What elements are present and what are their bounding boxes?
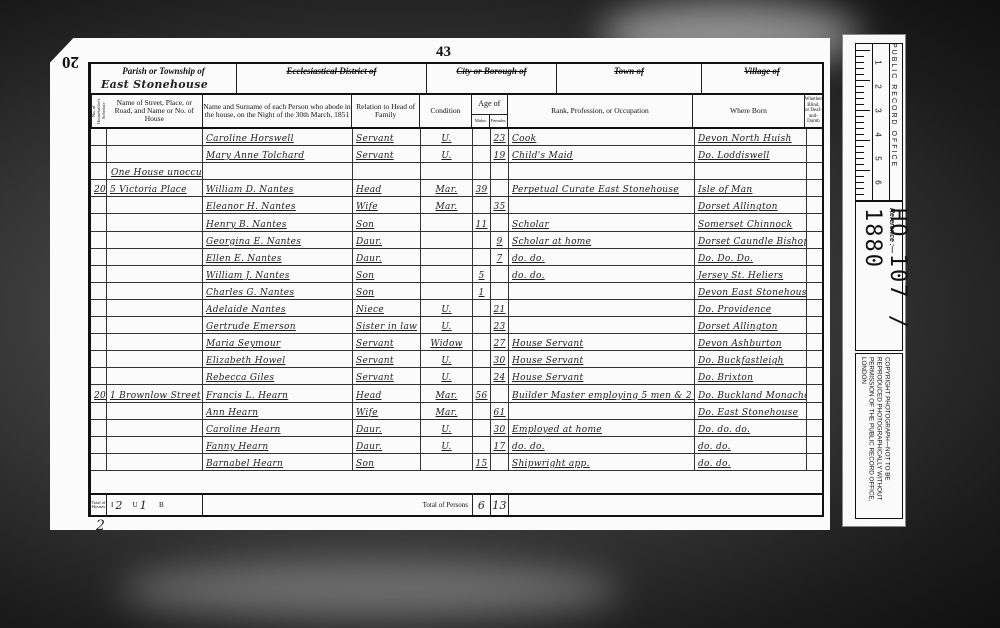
- where-born-cell: Do. do. do.: [695, 420, 807, 436]
- name-cell-text: Gertrude Emerson: [206, 322, 296, 332]
- female-age-cell: [491, 163, 509, 179]
- occupation-cell-text: Shipwright app.: [512, 459, 590, 469]
- occupation-cell: [509, 197, 695, 213]
- relation-cell: Wife: [353, 403, 421, 419]
- name-cell: [203, 163, 353, 179]
- male-age-cell: 1: [473, 283, 491, 299]
- ruler-number: 1: [874, 60, 883, 64]
- occupation-cell-text: House Servant: [512, 373, 583, 383]
- female-age-cell: 21: [491, 300, 509, 316]
- where-born-cell-text: Devon North Huish: [698, 134, 792, 144]
- female-age-cell: 27: [491, 334, 509, 350]
- table-row: Fanny HearnDaur.U.17do. do.do. do.: [91, 437, 822, 454]
- female-age-cell: 35: [491, 197, 509, 213]
- occupation-cell-text: Perpetual Curate East Stonehouse: [512, 185, 679, 195]
- schedule-cell: [91, 454, 107, 470]
- census-form: Parish or Township of East Stonehouse Ec…: [88, 62, 824, 517]
- male-age-cell: [473, 249, 491, 265]
- schedule-cell: 202: [91, 385, 107, 401]
- where-born-cell-text: Dorset Caundle Bishop: [698, 237, 807, 247]
- total-females: 13: [491, 495, 509, 515]
- col-condition: Condition: [420, 95, 472, 127]
- address-cell: [107, 214, 203, 230]
- condition-cell: U.: [421, 437, 473, 453]
- male-age-cell: [473, 437, 491, 453]
- occupation-cell: Perpetual Curate East Stonehouse: [509, 180, 695, 196]
- female-age-cell-text: 17: [493, 442, 505, 452]
- ruler-number: 3: [874, 108, 883, 112]
- district-header: Parish or Township of East Stonehouse Ec…: [91, 64, 822, 95]
- where-born-cell-text: Do. Brixton: [698, 373, 753, 383]
- occupation-cell: [509, 300, 695, 316]
- where-born-cell-text: Do. Buckfastleigh: [698, 356, 784, 366]
- female-age-cell-text: 23: [493, 322, 505, 332]
- address-cell: 5 Victoria Place: [107, 180, 203, 196]
- condition-cell: U.: [421, 300, 473, 316]
- table-row: Ann HearnWifeMar.61Do. East Stonehouse: [91, 403, 822, 420]
- relation-cell-text: Servant: [356, 151, 394, 161]
- schedule-cell: [91, 334, 107, 350]
- occupation-cell: Builder Master employing 5 men & 2 app.: [509, 385, 695, 401]
- ruler-number: 5: [874, 156, 883, 160]
- reference-strip: 123456 PUBLIC RECORD OFFICE HO 107 / 188…: [842, 34, 906, 527]
- condition-cell-text: Mar.: [436, 408, 458, 418]
- col-blind-deaf: Whether Blind, or Deaf-and-Dumb: [805, 95, 822, 127]
- where-born-cell: Devon North Huish: [695, 129, 807, 145]
- condition-cell: [421, 163, 473, 179]
- town-cell: Town of: [557, 64, 702, 93]
- blind-deaf-cell: [807, 385, 822, 401]
- schedule-cell: [91, 403, 107, 419]
- blind-deaf-cell: [807, 283, 822, 299]
- name-cell-text: Elizabeth Howel: [206, 356, 285, 366]
- name-cell-text: Fanny Hearn: [206, 442, 268, 452]
- relation-cell-text: Son: [356, 271, 374, 281]
- condition-cell-text: Widow: [430, 339, 462, 349]
- where-born-cell-text: do. do.: [698, 459, 731, 469]
- relation-cell: Niece: [353, 300, 421, 316]
- totals-row: Total of Houses I 2 U 1 B Total of Perso…: [91, 493, 822, 515]
- ecclesiastical-cell: Ecclesiastical District of: [237, 64, 427, 93]
- name-cell-text: Adelaide Nantes: [206, 305, 286, 315]
- schedule-cell: [91, 232, 107, 248]
- relation-cell-text: Head: [356, 185, 382, 195]
- blind-deaf-cell: [807, 232, 822, 248]
- address-cell: [107, 249, 203, 265]
- relation-cell: Wife: [353, 197, 421, 213]
- relation-cell: Daur.: [353, 249, 421, 265]
- name-cell-text: Georgina E. Nantes: [206, 237, 301, 247]
- total-houses-label: Total of Houses: [91, 495, 107, 515]
- name-cell: Georgina E. Nantes: [203, 232, 353, 248]
- column-headers: No. of Householder's Schedule Name of St…: [91, 95, 822, 129]
- female-age-cell-text: 24: [493, 373, 505, 383]
- schedule-cell: [91, 266, 107, 282]
- table-row: William J. NantesSon5do. do.Jersey St. H…: [91, 266, 822, 283]
- occupation-cell: [509, 403, 695, 419]
- condition-cell-text: U.: [441, 305, 451, 315]
- relation-cell-text: Son: [356, 459, 374, 469]
- relation-cell-text: Daur.: [356, 442, 382, 452]
- occupation-cell-text: Scholar at home: [512, 237, 591, 247]
- relation-cell: Son: [353, 454, 421, 470]
- female-age-cell: 23: [491, 317, 509, 333]
- inhabited-count: 2: [115, 499, 122, 512]
- col-age: Age of Males Females: [472, 95, 508, 127]
- age-of-label: Age of: [472, 95, 507, 115]
- where-born-cell: [695, 163, 807, 179]
- village-cell: Village of: [702, 64, 822, 93]
- schedule-cell: [91, 146, 107, 162]
- male-age-cell-text: 1: [478, 288, 484, 298]
- female-age-cell: 7: [491, 249, 509, 265]
- village-label: Village of: [744, 66, 780, 76]
- condition-cell: [421, 232, 473, 248]
- table-row: Mary Anne TolchardServantU.19Child's Mai…: [91, 146, 822, 163]
- condition-cell: U.: [421, 368, 473, 384]
- female-age-cell-text: 23: [493, 134, 505, 144]
- name-cell: Rebecca Giles: [203, 368, 353, 384]
- name-cell: Charles G. Nantes: [203, 283, 353, 299]
- blind-deaf-cell: [807, 334, 822, 350]
- male-age-cell: 15: [473, 454, 491, 470]
- table-row: Ellen E. NantesDaur.7do. do.Do. Do. Do.: [91, 249, 822, 266]
- name-cell-text: Caroline Horswell: [206, 134, 294, 144]
- condition-cell: U.: [421, 146, 473, 162]
- female-age-cell-text: 27: [493, 339, 505, 349]
- address-cell: [107, 420, 203, 436]
- relation-cell: Son: [353, 214, 421, 230]
- name-cell-text: Francis L. Hearn: [206, 391, 288, 401]
- where-born-cell-text: Somerset Chinnock: [698, 220, 792, 230]
- condition-cell: Mar.: [421, 403, 473, 419]
- occupation-cell-text: Child's Maid: [512, 151, 573, 161]
- female-age-cell-text: 30: [493, 425, 505, 435]
- relation-cell-text: Sister in law: [356, 322, 417, 332]
- blind-deaf-cell: [807, 420, 822, 436]
- address-cell: [107, 300, 203, 316]
- blind-deaf-cell: [807, 368, 822, 384]
- name-cell-text: Henry B. Nantes: [206, 220, 287, 230]
- parish-label: Parish or Township of: [122, 66, 204, 76]
- where-born-cell-text: Devon East Stonehouse: [698, 288, 807, 298]
- table-row: 2015 Victoria PlaceWilliam D. NantesHead…: [91, 180, 822, 197]
- address-cell: [107, 197, 203, 213]
- where-born-cell: Devon Ashburton: [695, 334, 807, 350]
- male-age-cell: [473, 420, 491, 436]
- name-cell: Mary Anne Tolchard: [203, 146, 353, 162]
- where-born-cell-text: Devon Ashburton: [698, 339, 782, 349]
- copyright-notice: COPYRIGHT PHOTOGRAPH—NOT TO BE REPRODUCE…: [855, 353, 903, 519]
- occupation-cell: [509, 283, 695, 299]
- occupation-cell: do. do.: [509, 249, 695, 265]
- occupation-cell: Scholar: [509, 214, 695, 230]
- address-cell: [107, 454, 203, 470]
- condition-cell-text: Mar.: [436, 202, 458, 212]
- where-born-cell: Isle of Man: [695, 180, 807, 196]
- schedule-cell: [91, 317, 107, 333]
- total-persons-label: Total of Persons: [203, 495, 473, 515]
- condition-cell-text: U.: [441, 356, 451, 366]
- male-age-cell-text: 5: [478, 271, 484, 281]
- totals-blank: [509, 495, 822, 515]
- where-born-cell: Jersey St. Heliers: [695, 266, 807, 282]
- blind-deaf-cell: [807, 317, 822, 333]
- where-born-cell-text: Do. Loddiswell: [698, 151, 770, 161]
- name-cell: Caroline Hearn: [203, 420, 353, 436]
- female-age-cell: 23: [491, 129, 509, 145]
- female-age-cell: [491, 283, 509, 299]
- name-cell: Fanny Hearn: [203, 437, 353, 453]
- table-row: Adelaide NantesNieceU.21Do. Providence: [91, 300, 822, 317]
- relation-cell: Head: [353, 180, 421, 196]
- name-cell-text: Caroline Hearn: [206, 425, 281, 435]
- female-age-cell-text: 9: [496, 237, 502, 247]
- ruler-number: 2: [874, 84, 883, 88]
- table-row: Gertrude EmersonSister in lawU.23Dorset …: [91, 317, 822, 334]
- where-born-cell-text: Do. East Stonehouse: [698, 408, 798, 418]
- occupation-cell: House Servant: [509, 351, 695, 367]
- ruler-number: 4: [874, 132, 883, 136]
- male-age-cell: [473, 334, 491, 350]
- city-cell: City or Borough of: [427, 64, 557, 93]
- blind-deaf-cell: [807, 163, 822, 179]
- table-row: Elizabeth HowelServantU.30House ServantD…: [91, 351, 822, 368]
- relation-cell: Daur.: [353, 437, 421, 453]
- male-age-cell: [473, 232, 491, 248]
- where-born-cell: Do. Buckland Monachorum: [695, 385, 807, 401]
- relation-cell: Daur.: [353, 232, 421, 248]
- table-row: Georgina E. NantesDaur.9Scholar at homeD…: [91, 232, 822, 249]
- male-age-cell-text: 15: [475, 459, 487, 469]
- name-cell: William J. Nantes: [203, 266, 353, 282]
- relation-cell: Servant: [353, 129, 421, 145]
- occupation-cell-text: Employed at home: [512, 425, 602, 435]
- schedule-cell: [91, 249, 107, 265]
- condition-cell: Mar.: [421, 197, 473, 213]
- relation-cell: Servant: [353, 334, 421, 350]
- condition-cell: [421, 454, 473, 470]
- occupation-cell: [509, 317, 695, 333]
- female-age-cell: 61: [491, 403, 509, 419]
- col-relation: Relation to Head of Family: [352, 95, 420, 127]
- occupation-cell: House Servant: [509, 334, 695, 350]
- name-cell-text: Charles G. Nantes: [206, 288, 294, 298]
- col-schedule: No. of Householder's Schedule: [91, 95, 107, 127]
- relation-cell-text: Niece: [356, 305, 384, 315]
- table-row: Barnabel HearnSon15Shipwright app.do. do…: [91, 454, 822, 471]
- reference-number: HO 107 / 1880: [860, 208, 910, 350]
- ecclesiastical-label: Ecclesiastical District of: [287, 66, 377, 76]
- address-cell: [107, 437, 203, 453]
- relation-cell-text: Daur.: [356, 425, 382, 435]
- female-age-cell-text: 35: [493, 202, 505, 212]
- where-born-cell: Dorset Allington: [695, 197, 807, 213]
- where-born-cell-text: Isle of Man: [698, 185, 753, 195]
- male-age-cell: 11: [473, 214, 491, 230]
- relation-cell: Servant: [353, 368, 421, 384]
- parish-value: East Stonehouse: [101, 78, 208, 91]
- blind-deaf-cell: [807, 197, 822, 213]
- where-born-cell-text: Do. Do. Do.: [698, 254, 753, 264]
- occupation-cell-text: Builder Master employing 5 men & 2 app.: [512, 391, 695, 401]
- female-age-cell: [491, 454, 509, 470]
- where-born-cell-text: Dorset Allington: [698, 322, 778, 332]
- occupation-cell-text: Cook: [512, 134, 536, 144]
- blind-deaf-cell: [807, 214, 822, 230]
- female-age-cell-text: 61: [493, 408, 505, 418]
- table-row: Caroline HorswellServantU.23CookDevon No…: [91, 129, 822, 146]
- ruler-number: 6: [874, 180, 883, 184]
- table-row: Caroline HearnDaur.U.30Employed at homeD…: [91, 420, 822, 437]
- schedule-cell: [91, 368, 107, 384]
- schedule-cell: [91, 437, 107, 453]
- occupation-cell: Scholar at home: [509, 232, 695, 248]
- male-age-cell: [473, 368, 491, 384]
- census-rows: Caroline HorswellServantU.23CookDevon No…: [91, 129, 822, 471]
- condition-cell-text: U.: [441, 425, 451, 435]
- where-born-cell: Do. Do. Do.: [695, 249, 807, 265]
- below-mark: 2: [96, 518, 105, 534]
- female-age-cell: [491, 180, 509, 196]
- table-row: 2021 Brownlow StreetFrancis L. HearnHead…: [91, 385, 822, 402]
- relation-cell-text: Wife: [356, 202, 378, 212]
- condition-cell: Mar.: [421, 180, 473, 196]
- where-born-cell-text: Do. do. do.: [698, 425, 750, 435]
- name-cell: Ellen E. Nantes: [203, 249, 353, 265]
- blind-deaf-cell: [807, 129, 822, 145]
- condition-cell-text: U.: [441, 134, 451, 144]
- relation-cell-text: Wife: [356, 408, 378, 418]
- where-born-cell: Dorset Caundle Bishop: [695, 232, 807, 248]
- female-age-cell: [491, 385, 509, 401]
- copyright-text: COPYRIGHT PHOTOGRAPH—NOT TO BE REPRODUCE…: [859, 357, 890, 515]
- condition-cell-text: Mar.: [436, 185, 458, 195]
- relation-cell: Daur.: [353, 420, 421, 436]
- address-cell: [107, 129, 203, 145]
- where-born-cell: do. do.: [695, 437, 807, 453]
- census-page: 20 43 Parish or Township of East Stoneho…: [50, 38, 830, 530]
- condition-cell: [421, 249, 473, 265]
- address-cell: [107, 403, 203, 419]
- where-born-cell: Do. Loddiswell: [695, 146, 807, 162]
- total-males: 6: [473, 495, 491, 515]
- female-age-cell-text: 30: [493, 356, 505, 366]
- male-age-cell: 39: [473, 180, 491, 196]
- address-cell-text: 5 Victoria Place: [110, 185, 187, 195]
- female-age-cell: 17: [491, 437, 509, 453]
- schedule-cell-text: 201: [94, 185, 107, 195]
- relation-cell-text: Servant: [356, 134, 394, 144]
- address-cell: 1 Brownlow Street: [107, 385, 203, 401]
- male-age-cell: [473, 197, 491, 213]
- relation-cell: Son: [353, 283, 421, 299]
- name-cell: Maria Seymour: [203, 334, 353, 350]
- occupation-cell-text: Scholar: [512, 220, 549, 230]
- female-age-cell: [491, 266, 509, 282]
- blind-deaf-cell: [807, 300, 822, 316]
- occupation-cell: Child's Maid: [509, 146, 695, 162]
- relation-cell-text: Son: [356, 288, 374, 298]
- schedule-cell: [91, 163, 107, 179]
- where-born-cell: Devon East Stonehouse: [695, 283, 807, 299]
- female-age-cell: 30: [491, 420, 509, 436]
- where-born-cell: Do. East Stonehouse: [695, 403, 807, 419]
- address-cell: [107, 266, 203, 282]
- table-row: One House unoccupied: [91, 163, 822, 180]
- where-born-cell: Do. Providence: [695, 300, 807, 316]
- schedule-cell: [91, 351, 107, 367]
- where-born-cell: Somerset Chinnock: [695, 214, 807, 230]
- reference-box: HO 107 / 1880 Reference :—: [855, 201, 903, 351]
- schedule-cell: 201: [91, 180, 107, 196]
- male-age-cell: [473, 403, 491, 419]
- male-age-cell: [473, 317, 491, 333]
- name-cell: Barnabel Hearn: [203, 454, 353, 470]
- reference-label: Reference :—: [888, 208, 895, 253]
- where-born-cell-text: Do. Providence: [698, 305, 771, 315]
- male-age-cell-text: 56: [475, 391, 487, 401]
- where-born-cell: Dorset Allington: [695, 317, 807, 333]
- uninhabited-count: 1: [140, 499, 147, 512]
- condition-cell-text: Mar.: [436, 391, 458, 401]
- condition-cell-text: U.: [441, 151, 451, 161]
- relation-cell-text: Daur.: [356, 237, 382, 247]
- col-occupation: Rank, Profession, or Occupation: [508, 95, 693, 127]
- condition-cell: [421, 266, 473, 282]
- name-cell-text: Eleanor H. Nantes: [206, 202, 296, 212]
- male-age-cell-text: 39: [475, 185, 487, 195]
- table-row: Maria SeymourServantWidow27House Servant…: [91, 334, 822, 351]
- relation-cell-text: Son: [356, 220, 374, 230]
- address-cell: [107, 317, 203, 333]
- houses-counts: I 2 U 1 B: [107, 495, 203, 515]
- occupation-cell: [509, 163, 695, 179]
- condition-cell-text: U.: [441, 373, 451, 383]
- address-cell: [107, 146, 203, 162]
- female-age-cell-text: 19: [493, 151, 505, 161]
- name-cell: Elizabeth Howel: [203, 351, 353, 367]
- col-address: Name of Street, Place, or Road, and Name…: [107, 95, 203, 127]
- name-cell: Henry B. Nantes: [203, 214, 353, 230]
- male-age-cell-text: 11: [475, 220, 487, 230]
- relation-cell: [353, 163, 421, 179]
- condition-cell: Widow: [421, 334, 473, 350]
- table-row: Eleanor H. NantesWifeMar.35Dorset Alling…: [91, 197, 822, 214]
- occupation-cell: do. do.: [509, 437, 695, 453]
- address-cell-text: 1 Brownlow Street: [110, 391, 201, 401]
- name-cell-text: Barnabel Hearn: [206, 459, 283, 469]
- table-row: Henry B. NantesSon11ScholarSomerset Chin…: [91, 214, 822, 231]
- blind-deaf-cell: [807, 403, 822, 419]
- name-cell: Caroline Horswell: [203, 129, 353, 145]
- relation-cell-text: Servant: [356, 373, 394, 383]
- relation-cell: Servant: [353, 146, 421, 162]
- name-cell-text: Ellen E. Nantes: [206, 254, 282, 264]
- condition-cell: Mar.: [421, 385, 473, 401]
- where-born-cell: Do. Brixton: [695, 368, 807, 384]
- name-cell: Francis L. Hearn: [203, 385, 353, 401]
- blind-deaf-cell: [807, 351, 822, 367]
- occupation-cell-text: House Servant: [512, 339, 583, 349]
- occupation-cell: do. do.: [509, 266, 695, 282]
- female-age-cell: 9: [491, 232, 509, 248]
- male-age-cell: [473, 300, 491, 316]
- table-row: Rebecca GilesServantU.24House ServantDo.…: [91, 368, 822, 385]
- name-cell-text: William D. Nantes: [206, 185, 294, 195]
- blind-deaf-cell: [807, 249, 822, 265]
- building-prefix: B: [159, 501, 164, 509]
